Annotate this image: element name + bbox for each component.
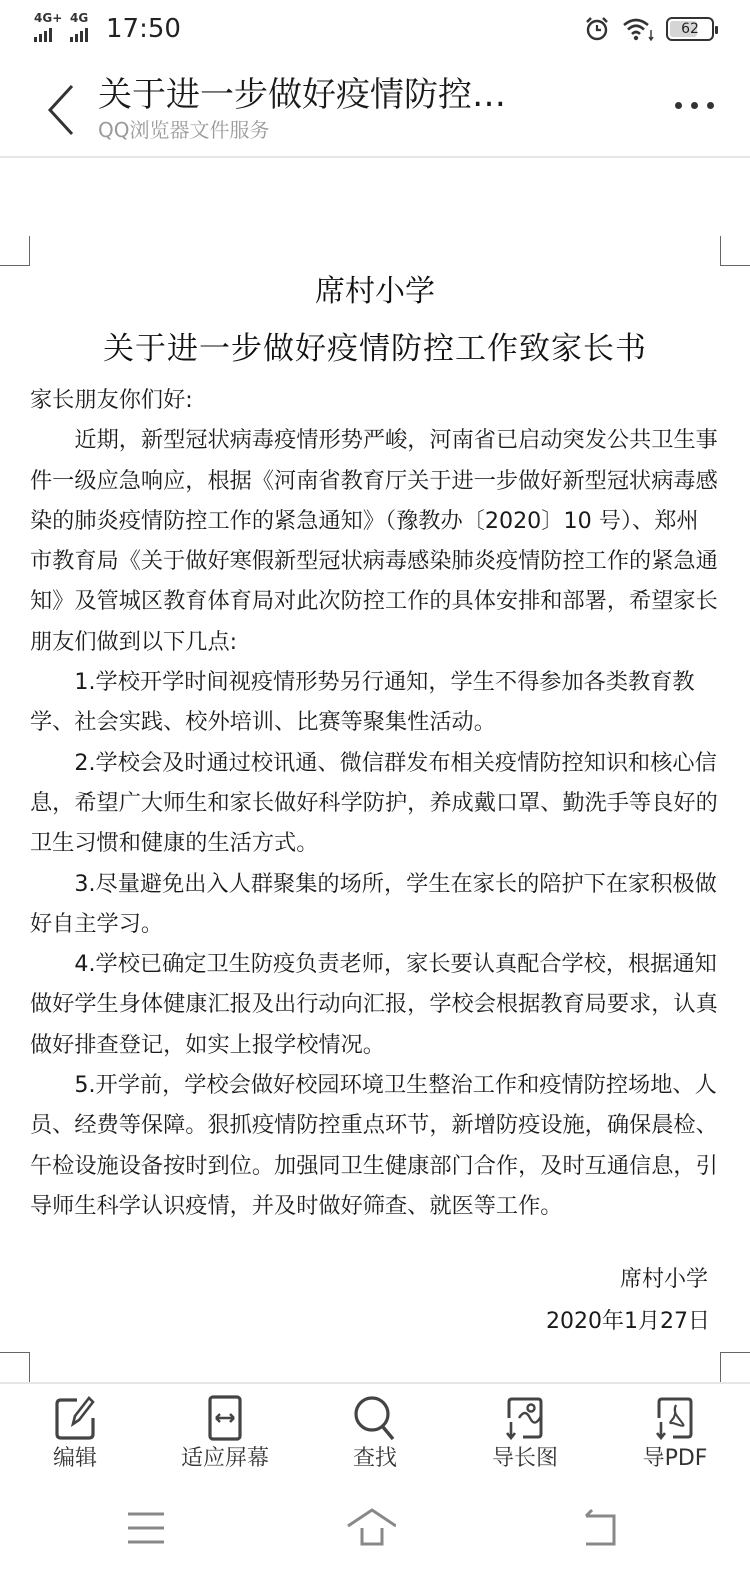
bottom-toolbar: 编辑 适应屏幕 查找 导长图 导PDF [0,1382,750,1492]
home-icon[interactable] [346,1508,396,1548]
paragraph-intro: 近期，新型冠状病毒疫情形势严峻，河南省已启动突发公共卫生事件一级应急响应，根据《… [30,420,720,662]
paragraph-point-5: 5.开学前，学校会做好校园环境卫生整治工作和疫情防控场地、人员、经费等保障。狠抓… [30,1065,720,1226]
document-page[interactable]: 席村小学 关于进一步做好疫情防控工作致家长书 家长朋友你们好: 近期，新型冠状病… [0,160,750,1382]
network-type-1: 4G+ [34,12,62,24]
fit-screen-button[interactable]: 适应屏幕 [150,1384,300,1492]
signal-sim1-icon: 4G+ [34,14,52,42]
signature-date: 2020年1月27日 [546,1306,710,1338]
menu-icon[interactable] [122,1508,172,1548]
back-button[interactable] [40,80,80,140]
edit-icon [51,1394,99,1442]
signal-sim2-icon: 4G [70,14,88,42]
more-options-button[interactable] [675,102,714,109]
status-bar: 4G+ 4G 17:50 62 [0,0,750,58]
edit-button[interactable]: 编辑 [0,1384,150,1492]
crop-mark [0,236,30,266]
crop-mark [0,1352,30,1382]
document-body: 家长朋友你们好: 近期，新型冠状病毒疫情形势严峻，河南省已启动突发公共卫生事件一… [30,380,720,1226]
alarm-icon [584,16,610,42]
fit-screen-label: 适应屏幕 [181,1444,269,1474]
paragraph-point-1: 1.学校开学时间视疫情形势另行通知，学生不得参加各类教育教学、社会实践、校外培训… [30,662,720,743]
battery-icon: 62 [666,17,714,41]
network-type-2: 4G [70,12,88,24]
search-icon [351,1394,399,1442]
signature: 席村小学 [620,1264,708,1296]
paragraph-point-3: 3.尽量避免出入人群聚集的场所，学生在家长的陪护下在家积极做好自主学习。 [30,864,720,945]
paragraph-point-2: 2.学校会及时通过校讯通、微信群发布相关疫情防控知识和核心信息，希望广大师生和家… [30,743,720,864]
system-nav-bar [0,1492,750,1583]
battery-level: 62 [681,21,699,37]
wifi-icon [622,16,654,42]
export-pdf-icon [651,1394,699,1442]
clock: 17:50 [106,12,181,46]
page-subtitle: QQ浏览器文件服务 [98,118,269,142]
export-long-image-button[interactable]: 导长图 [450,1384,600,1492]
crop-mark [720,236,750,266]
export-pdf-label: 导PDF [643,1444,708,1474]
export-long-image-label: 导长图 [492,1444,558,1474]
paragraph-point-4: 4.学校已确定卫生防疫负责老师，家长要认真配合学校，根据通知做好学生身体健康汇报… [30,944,720,1065]
title-bar: 关于进一步做好疫情防控… QQ浏览器文件服务 [0,58,750,158]
page-title: 关于进一步做好疫情防控… [98,74,506,116]
back-nav-icon[interactable] [578,1508,628,1548]
edit-label: 编辑 [53,1444,97,1474]
search-button[interactable]: 查找 [300,1384,450,1492]
fit-screen-icon [201,1394,249,1442]
crop-mark [720,1352,750,1382]
greeting: 家长朋友你们好: [30,380,720,420]
search-label: 查找 [353,1444,397,1474]
school-name: 席村小学 [0,272,750,312]
export-long-image-icon [501,1394,549,1442]
document-title: 关于进一步做好疫情防控工作致家长书 [0,328,750,370]
export-pdf-button[interactable]: 导PDF [600,1384,750,1492]
